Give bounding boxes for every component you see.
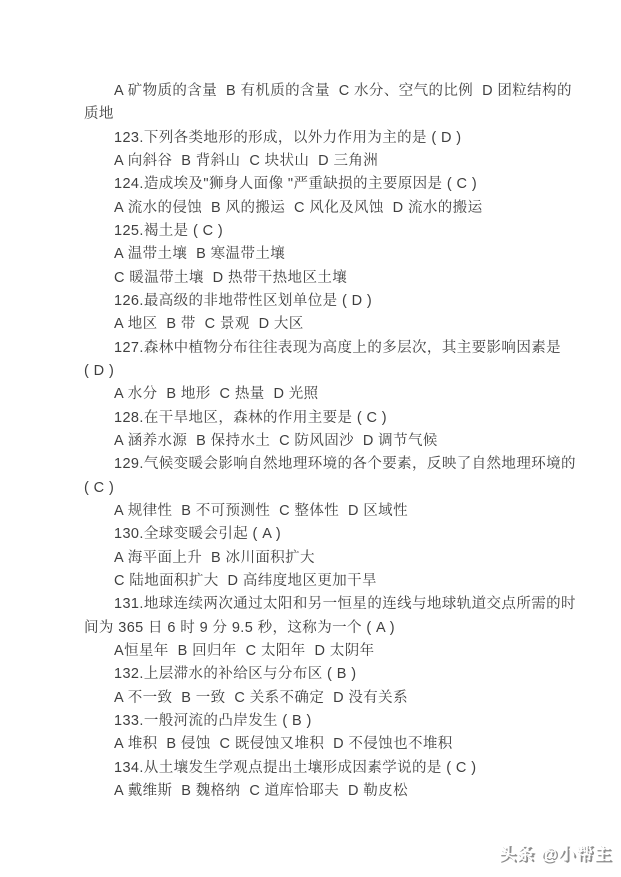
text-line: A 水分 B 地形 C 热量 D 光照 [84,383,584,406]
text-line: 133.一般河流的凸岸发生 ( B ) [84,710,584,733]
text-line: A 向斜谷 B 背斜山 C 块状山 D 三角洲 [84,150,584,173]
text-line: 125.褐土是 ( C ) [84,220,584,243]
text-line: A 涵养水源 B 保持水土 C 防风固沙 D 调节气候 [84,430,584,453]
text-line: 126.最高级的非地带性区划单位是 ( D ) [84,290,584,313]
text-line: 129.气候变暖会影响自然地理环境的各个要素，反映了自然地理环境的 [84,453,584,476]
text-line: A 不一致 B 一致 C 关系不确定 D 没有关系 [84,687,584,710]
text-line: 123.下列各类地形的形成，以外力作用为主的是 ( D ) [84,127,584,150]
text-line: A 海平面上升 B 冰川面积扩大 [84,547,584,570]
text-line: A 规律性 B 不可预测性 C 整体性 D 区域性 [84,500,584,523]
text-line: 130.全球变暖会引起 ( A ) [84,523,584,546]
text-line: C 陆地面积扩大 D 高纬度地区更加干旱 [84,570,584,593]
text-line: ( D ) [84,360,584,383]
text-line: C 暖温带土壤 D 热带干热地区土壤 [84,267,584,290]
text-line: 质地 [84,103,584,126]
document-page: A 矿物质的含量 B 有机质的含量 C 水分、空气的比例 D 团粒结构的 质地 … [0,0,621,877]
text-line: ( C ) [84,477,584,500]
text-line: A 堆积 B 侵蚀 C 既侵蚀又堆积 D 不侵蚀也不堆积 [84,733,584,756]
text-line: 131.地球连续两次通过太阳和另一恒星的连线与地球轨道交点所需的时 [84,593,584,616]
text-line: A 流水的侵蚀 B 风的搬运 C 风化及风蚀 D 流水的搬运 [84,197,584,220]
quiz-text-block: A 矿物质的含量 B 有机质的含量 C 水分、空气的比例 D 团粒结构的 质地 … [84,80,584,803]
text-line: A 矿物质的含量 B 有机质的含量 C 水分、空气的比例 D 团粒结构的 [84,80,584,103]
text-line: 132.上层滞水的补给区与分布区 ( B ) [84,663,584,686]
text-line: A恒星年 B 回归年 C 太阳年 D 太阴年 [84,640,584,663]
text-line: A 戴维斯 B 魏格纳 C 道库恰耶夫 D 勒皮松 [84,780,584,803]
text-line: 间为 365 日 6 时 9 分 9.5 秒，这称为一个 ( A ) [84,617,584,640]
text-line: 128.在干旱地区，森林的作用主要是 ( C ) [84,407,584,430]
text-line: 127.森林中植物分布往往表现为高度上的多层次，其主要影响因素是 [84,337,584,360]
text-line: 124.造成埃及"狮身人面像 "严重缺损的主要原因是 ( C ) [84,173,584,196]
text-line: 134.从土壤发生学观点提出土壤形成因素学说的是 ( C ) [84,757,584,780]
text-line: A 温带土壤 B 寒温带土壤 [84,243,584,266]
toutiao-watermark: 头条 @小帮主 [499,839,612,864]
text-line: A 地区 B 带 C 景观 D 大区 [84,313,584,336]
